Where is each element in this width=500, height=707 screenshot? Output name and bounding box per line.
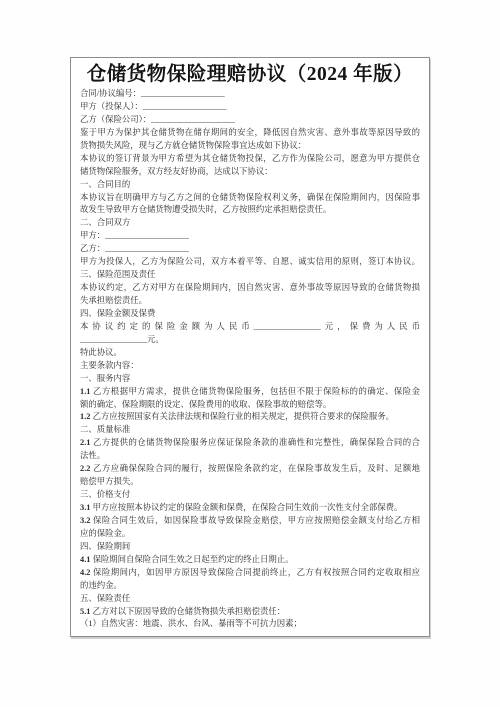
document-line: 甲方：____________________ [80,230,420,243]
document-line: 乙方（保险公司）：____________________ [80,114,420,127]
line-text: 三、保险范围及责任 [80,270,155,279]
line-text: 保险合同生效后，如因保险事故导致保险金赔偿，甲方应按照赔偿金额支付给乙方相 [93,516,420,525]
document-line: 二、合同双方 [80,217,420,230]
document-line: 故发生导致甲方仓储货物遭受损失时，乙方按照约定承担赔偿责任。 [80,204,420,217]
line-text: 甲方应按照本协议约定的保险金额和保费，在保险合同生效前一次性支付全部保费。 [93,503,403,512]
document-line: 货物损失风险，现与乙方就仓储货物保险事宜达成如下协议： [80,140,420,153]
line-text: 本协议旨在明确甲方与乙方之间的仓储货物保险权利义务，确保在保险期间内，因保险事 [80,193,420,202]
line-text: 乙方应按照国家有关法律法规和保险行业的相关规定，提供符合要求的保险服务。 [93,412,395,421]
line-text: 乙方提供的仓储货物保险服务应保证保险条款的准确性和完整性，确保保险合同的合 [93,438,420,447]
page-background: 仓储货物保险理赔协议（2024 年版） 合同/协议编号：____________… [0,0,500,707]
line-text: 故发生导致甲方仓储货物遭受损失时，乙方按照约定承担赔偿责任。 [80,205,331,214]
clause-number: 2.1 [80,438,93,447]
line-text: 法性。 [80,451,105,460]
line-text: 合同/协议编号：____________________ [80,89,225,98]
line-text: 赔偿甲方损失。 [80,477,139,486]
document-title: 仓储货物保险理赔协议（2024 年版） [80,64,420,86]
line-text: 本协议约定的保险金额为人民币________________元，保费为人民币 [80,322,420,331]
line-text: 甲方（投保人）：____________________ [80,102,227,111]
document-line: 二、质量标准 [80,424,420,437]
document-line: 5.1 乙方对以下原因导致的仓储货物损失承担赔偿责任： [80,606,420,619]
line-text: 本协议的签订背景为甲方希望为其仓储货物投保，乙方作为保险公司，愿意为甲方提供仓 [80,154,420,163]
line-text: 五、保险责任 [80,594,130,603]
clause-number: 1.2 [80,412,93,421]
line-text: 一、服务内容 [80,374,130,383]
document-line: ________________元。 [80,334,420,347]
line-text: 保险期间自保险合同生效之日起至约定的终止日期止。 [93,555,294,564]
document-line: 鉴于甲方为保护其仓储货物在储存期间的安全，降低因自然灾害、意外事故等原因导致的 [80,127,420,140]
line-text: 保险期间内，如因甲方原因导致保险合同提前终止，乙方有权按照合同约定收取相应 [93,568,420,577]
document-line: 乙方：____________________ [80,243,420,256]
document-line: 的违约金。 [80,580,420,593]
document-line: 1.1 乙方根据甲方需求，提供仓储货物保险服务，包括但不限于保险标的的确定、保险… [80,386,420,399]
document-line: 应的保险金。 [80,528,420,541]
document-frame: 仓储货物保险理赔协议（2024 年版） 合同/协议编号：____________… [70,57,430,637]
line-text: 主要条款内容： [80,361,139,370]
document-line: 甲方（投保人）：____________________ [80,101,420,114]
document-line: 3.1 甲方应按照本协议约定的保险金额和保费，在保险合同生效前一次性支付全部保费… [80,502,420,515]
line-text: 应的保险金。 [80,529,130,538]
document-line: （1）自然灾害：地震、洪水、台风、暴雨等不可抗力因素； [80,618,420,631]
document-body: 合同/协议编号：____________________甲方（投保人）：____… [80,88,420,631]
document-line: 法性。 [80,450,420,463]
clause-number: 2.2 [80,464,93,473]
line-text: 的违约金。 [80,581,122,590]
line-text: 甲方为投保人，乙方为保险公司，双方本着平等、自愿、诚实信用的原则，签订本协议。 [80,257,420,266]
document-line: 额的确定、保险期限的设定、保险费用的收取、保险事故的赔偿等。 [80,399,420,412]
document-line: 2.1 乙方提供的仓储货物保险服务应保证保险条款的准确性和完整性，确保保险合同的… [80,437,420,450]
line-text: 四、保险金额及保费 [80,309,155,318]
document-line: 一、服务内容 [80,373,420,386]
line-text: 乙方对以下原因导致的仓储货物损失承担赔偿责任： [93,607,286,616]
document-line: 四、保险金额及保费 [80,308,420,321]
line-text: 储货物保险服务，双方经友好协商，达成以下协议： [80,167,273,176]
document-line: 主要条款内容： [80,360,420,373]
document-line: 3.2 保险合同生效后，如因保险事故导致保险金赔偿，甲方应按照赔偿金额支付给乙方… [80,515,420,528]
line-text: 甲方：____________________ [80,231,189,240]
line-text: 鉴于甲方为保护其仓储货物在储存期间的安全，降低因自然灾害、意外事故等原因导致的 [80,128,420,137]
line-text: 二、质量标准 [80,425,130,434]
document-line: 甲方为投保人，乙方为保险公司，双方本着平等、自愿、诚实信用的原则，签订本协议。 [80,256,420,269]
document-line: 4.2 保险期间内，如因甲方原因导致保险合同提前终止，乙方有权按照合同约定收取相… [80,567,420,580]
document-line: 2.2 乙方应确保保险合同的履行，按照保险条款约定，在保险事故发生后，及时、足额… [80,463,420,476]
clause-number: 4.1 [80,555,93,564]
clause-number: 3.2 [80,516,93,525]
document-line: 四、保险期间 [80,541,420,554]
document-line: 特此协议。 [80,347,420,360]
document-line: 本协议约定的保险金额为人民币________________元，保费为人民币 [80,321,420,334]
clause-number: 1.1 [80,387,93,396]
document-line: 储货物保险服务，双方经友好协商，达成以下协议： [80,166,420,179]
document-line: 合同/协议编号：____________________ [80,88,420,101]
line-text: 乙方应确保保险合同的履行，按照保险条款约定，在保险事故发生后，及时、足额地 [93,464,420,473]
line-text: 乙方：____________________ [80,244,189,253]
clause-number: 5.1 [80,607,93,616]
document-line: 一、合同目的 [80,179,420,192]
line-text: ________________元。 [80,335,164,344]
document-line: 1.2 乙方应按照国家有关法律法规和保险行业的相关规定，提供符合要求的保险服务。 [80,411,420,424]
document-line: 五、保险责任 [80,593,420,606]
line-text: 乙方（保险公司）：____________________ [80,115,235,124]
line-text: 特此协议。 [80,348,122,357]
document-line: 三、保险范围及责任 [80,269,420,282]
line-text: 货物损失风险，现与乙方就仓储货物保险事宜达成如下协议： [80,141,306,150]
line-text: 二、合同双方 [80,218,130,227]
document-line: 本协议旨在明确甲方与乙方之间的仓储货物保险权利义务，确保在保险期间内，因保险事 [80,192,420,205]
line-text: （1）自然灾害：地震、洪水、台风、暴雨等不可抗力因素； [80,619,302,628]
document-line: 失承担赔偿责任。 [80,295,420,308]
line-text: 三、价格支付 [80,490,130,499]
line-text: 四、保险期间 [80,542,130,551]
clause-number: 3.1 [80,503,93,512]
line-text: 本协议约定，乙方对甲方在保险期间内，因自然灾害、意外事故等原因导致的仓储货物损 [80,283,420,292]
clause-number: 4.2 [80,568,93,577]
document-line: 赔偿甲方损失。 [80,476,420,489]
document-line: 三、价格支付 [80,489,420,502]
document-line: 本协议约定，乙方对甲方在保险期间内，因自然灾害、意外事故等原因导致的仓储货物损 [80,282,420,295]
line-text: 额的确定、保险期限的设定、保险费用的收取、保险事故的赔偿等。 [80,400,331,409]
line-text: 失承担赔偿责任。 [80,296,147,305]
document-line: 4.1 保险期间自保险合同生效之日起至约定的终止日期止。 [80,554,420,567]
line-text: 一、合同目的 [80,180,130,189]
document-line: 本协议的签订背景为甲方希望为其仓储货物投保，乙方作为保险公司，愿意为甲方提供仓 [80,153,420,166]
line-text: 乙方根据甲方需求，提供仓储货物保险服务，包括但不限于保险标的的确定、保险金 [93,387,420,396]
